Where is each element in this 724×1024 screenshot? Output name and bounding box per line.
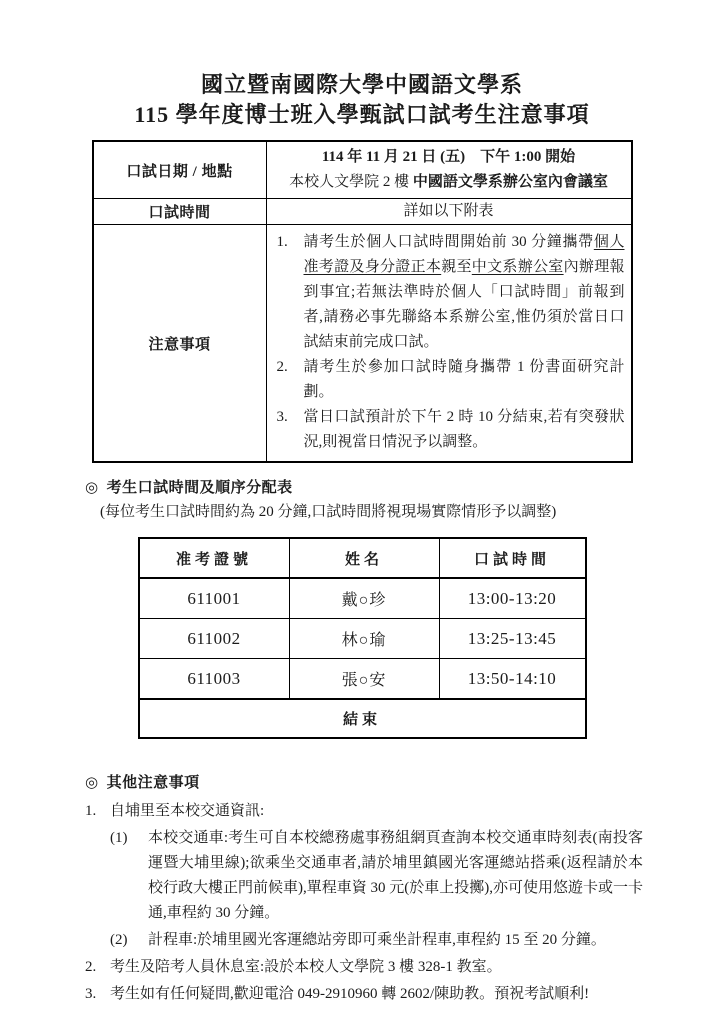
other-item-3-number: 3. — [85, 982, 110, 1007]
other-subitem-2: (2) 計程車:於埔里國光客運總站旁即可乘坐計程車,車程約 15 至 20 分鐘… — [110, 928, 643, 953]
column-header-name: 姓名 — [289, 538, 439, 578]
other-subitem-1: (1) 本校交通車:考生可自本校總務處事務組網頁查詢本校交通車時刻表(南投客運暨… — [110, 826, 643, 926]
note-1-text: 請考生於個人口試時間開始前 30 分鐘攜帶個人准考證及身分證正本親至中文系辦公室… — [304, 230, 625, 355]
schedule-section-note: (每位考生口試時間約為 20 分鐘,口試時間將視現場實際情形予以調整) — [100, 501, 724, 523]
note-1-number: 1. — [277, 230, 304, 355]
date-location-value: 114 年 11 月 21 日 (五) 下午 1:00 開始 本校人文學院 2 … — [266, 141, 632, 199]
table-row-exam-time: 口試時間 詳如以下附表 — [93, 199, 632, 225]
table-row: 611001 戴○珍 13:00-13:20 — [139, 578, 586, 619]
note-item-1: 1. 請考生於個人口試時間開始前 30 分鐘攜帶個人准考證及身分證正本親至中文系… — [277, 230, 625, 355]
other-item-1: 1. 自埔里至本校交通資訊: — [85, 799, 643, 824]
schedule-heading-text: 考生口試時間及順序分配表 — [107, 480, 293, 496]
other-notes-heading: ◎其他注意事項 — [85, 771, 643, 792]
title-line-2: 115 學年度博士班入學甄試口試考生注意事項 — [0, 100, 724, 130]
schedule-table-body: 611001 戴○珍 13:00-13:20 611002 林○瑜 13:25-… — [139, 578, 586, 699]
notes-label: 注意事項 — [93, 225, 267, 463]
other-item-1-number: 1. — [85, 799, 110, 824]
admission-number-cell: 611003 — [139, 659, 290, 700]
notes-value: 1. 請考生於個人口試時間開始前 30 分鐘攜帶個人准考證及身分證正本親至中文系… — [266, 225, 632, 463]
note-1-part-1: 請考生於個人口試時間開始前 30 分鐘攜帶 — [304, 234, 594, 250]
exam-info-table: 口試日期 / 地點 114 年 11 月 21 日 (五) 下午 1:00 開始… — [92, 140, 633, 463]
other-subitem-1-number: (1) — [110, 826, 148, 926]
section-marker-icon: ◎ — [85, 480, 99, 496]
admission-number-cell: 611001 — [139, 578, 290, 619]
table-row: 611003 張○安 13:50-14:10 — [139, 659, 586, 700]
schedule-table-header: 准考證號 姓名 口試時間 — [139, 538, 586, 578]
exam-time-label: 口試時間 — [93, 199, 267, 225]
title-line-1: 國立暨南國際大學中國語文學系 — [0, 70, 724, 100]
column-header-admission-number: 准考證號 — [139, 538, 290, 578]
document-page: 國立暨南國際大學中國語文學系 115 學年度博士班入學甄試口試考生注意事項 口試… — [0, 0, 724, 1024]
candidate-name-cell: 林○瑜 — [289, 619, 439, 659]
note-item-3: 3. 當日口試預計於下午 2 時 10 分結束,若有突發狀況,則視當日情況予以調… — [277, 405, 625, 455]
table-row-notes: 注意事項 1. 請考生於個人口試時間開始前 30 分鐘攜帶個人准考證及身分證正本… — [93, 225, 632, 463]
note-3-text: 當日口試預計於下午 2 時 10 分結束,若有突發狀況,則視當日情況予以調整。 — [304, 405, 625, 455]
schedule-table: 准考證號 姓名 口試時間 611001 戴○珍 13:00-13:20 6110… — [138, 537, 587, 739]
exam-time-value: 詳如以下附表 — [266, 199, 632, 225]
other-item-3: 3. 考生如有任何疑問,歡迎電洽 049-2910960 轉 2602/陳助教。… — [85, 982, 643, 1007]
other-subitem-2-text: 計程車:於埔里國光客運總站旁即可乘坐計程車,車程約 15 至 20 分鐘。 — [148, 928, 643, 953]
exam-time-cell: 13:25-13:45 — [439, 619, 586, 659]
other-subitem-1-text: 本校交通車:考生可自本校總務處事務組網頁查詢本校交通車時刻表(南投客運暨大埔里線… — [148, 826, 643, 926]
exam-location-building: 本校人文學院 2 樓 — [289, 174, 413, 190]
other-item-2: 2. 考生及陪考人員休息室:設於本校人文學院 3 樓 328-1 教室。 — [85, 955, 643, 980]
note-2-number: 2. — [277, 355, 304, 405]
section-marker-icon: ◎ — [85, 775, 99, 791]
column-header-exam-time: 口試時間 — [439, 538, 586, 578]
schedule-end-label: 結束 — [139, 699, 586, 738]
other-item-2-number: 2. — [85, 955, 110, 980]
exam-time-cell: 13:00-13:20 — [439, 578, 586, 619]
document-title: 國立暨南國際大學中國語文學系 115 學年度博士班入學甄試口試考生注意事項 — [0, 0, 724, 130]
exam-datetime: 114 年 11 月 21 日 (五) 下午 1:00 開始 — [273, 145, 625, 170]
schedule-section-heading: ◎考生口試時間及順序分配表 — [85, 476, 724, 497]
schedule-footer-row: 結束 — [139, 699, 586, 738]
note-3-number: 3. — [277, 405, 304, 455]
other-item-2-text: 考生及陪考人員休息室:設於本校人文學院 3 樓 328-1 教室。 — [110, 955, 643, 980]
exam-location-room: 中國語文學系辦公室內會議室 — [413, 174, 608, 190]
other-notes-section: ◎其他注意事項 1. 自埔里至本校交通資訊: (1) 本校交通車:考生可自本校總… — [0, 771, 724, 1007]
candidate-name-cell: 張○安 — [289, 659, 439, 700]
note-2-text: 請考生於參加口試時隨身攜帶 1 份書面研究計劃。 — [304, 355, 625, 405]
note-item-2: 2. 請考生於參加口試時隨身攜帶 1 份書面研究計劃。 — [277, 355, 625, 405]
other-subitem-2-number: (2) — [110, 928, 148, 953]
exam-location: 本校人文學院 2 樓 中國語文學系辦公室內會議室 — [273, 170, 625, 195]
table-row-date-location: 口試日期 / 地點 114 年 11 月 21 日 (五) 下午 1:00 開始… — [93, 141, 632, 199]
table-row: 611002 林○瑜 13:25-13:45 — [139, 619, 586, 659]
candidate-name-cell: 戴○珍 — [289, 578, 439, 619]
other-item-3-text: 考生如有任何疑問,歡迎電洽 049-2910960 轉 2602/陳助教。預祝考… — [110, 982, 643, 1007]
other-heading-text: 其他注意事項 — [107, 775, 200, 791]
note-1-part-2: 親至 — [441, 259, 472, 275]
note-1-underline-2: 中文系辦公室 — [472, 259, 564, 275]
exam-time-cell: 13:50-14:10 — [439, 659, 586, 700]
admission-number-cell: 611002 — [139, 619, 290, 659]
schedule-header-row: 准考證號 姓名 口試時間 — [139, 538, 586, 578]
date-location-label: 口試日期 / 地點 — [93, 141, 267, 199]
other-item-1-text: 自埔里至本校交通資訊: — [110, 799, 643, 824]
